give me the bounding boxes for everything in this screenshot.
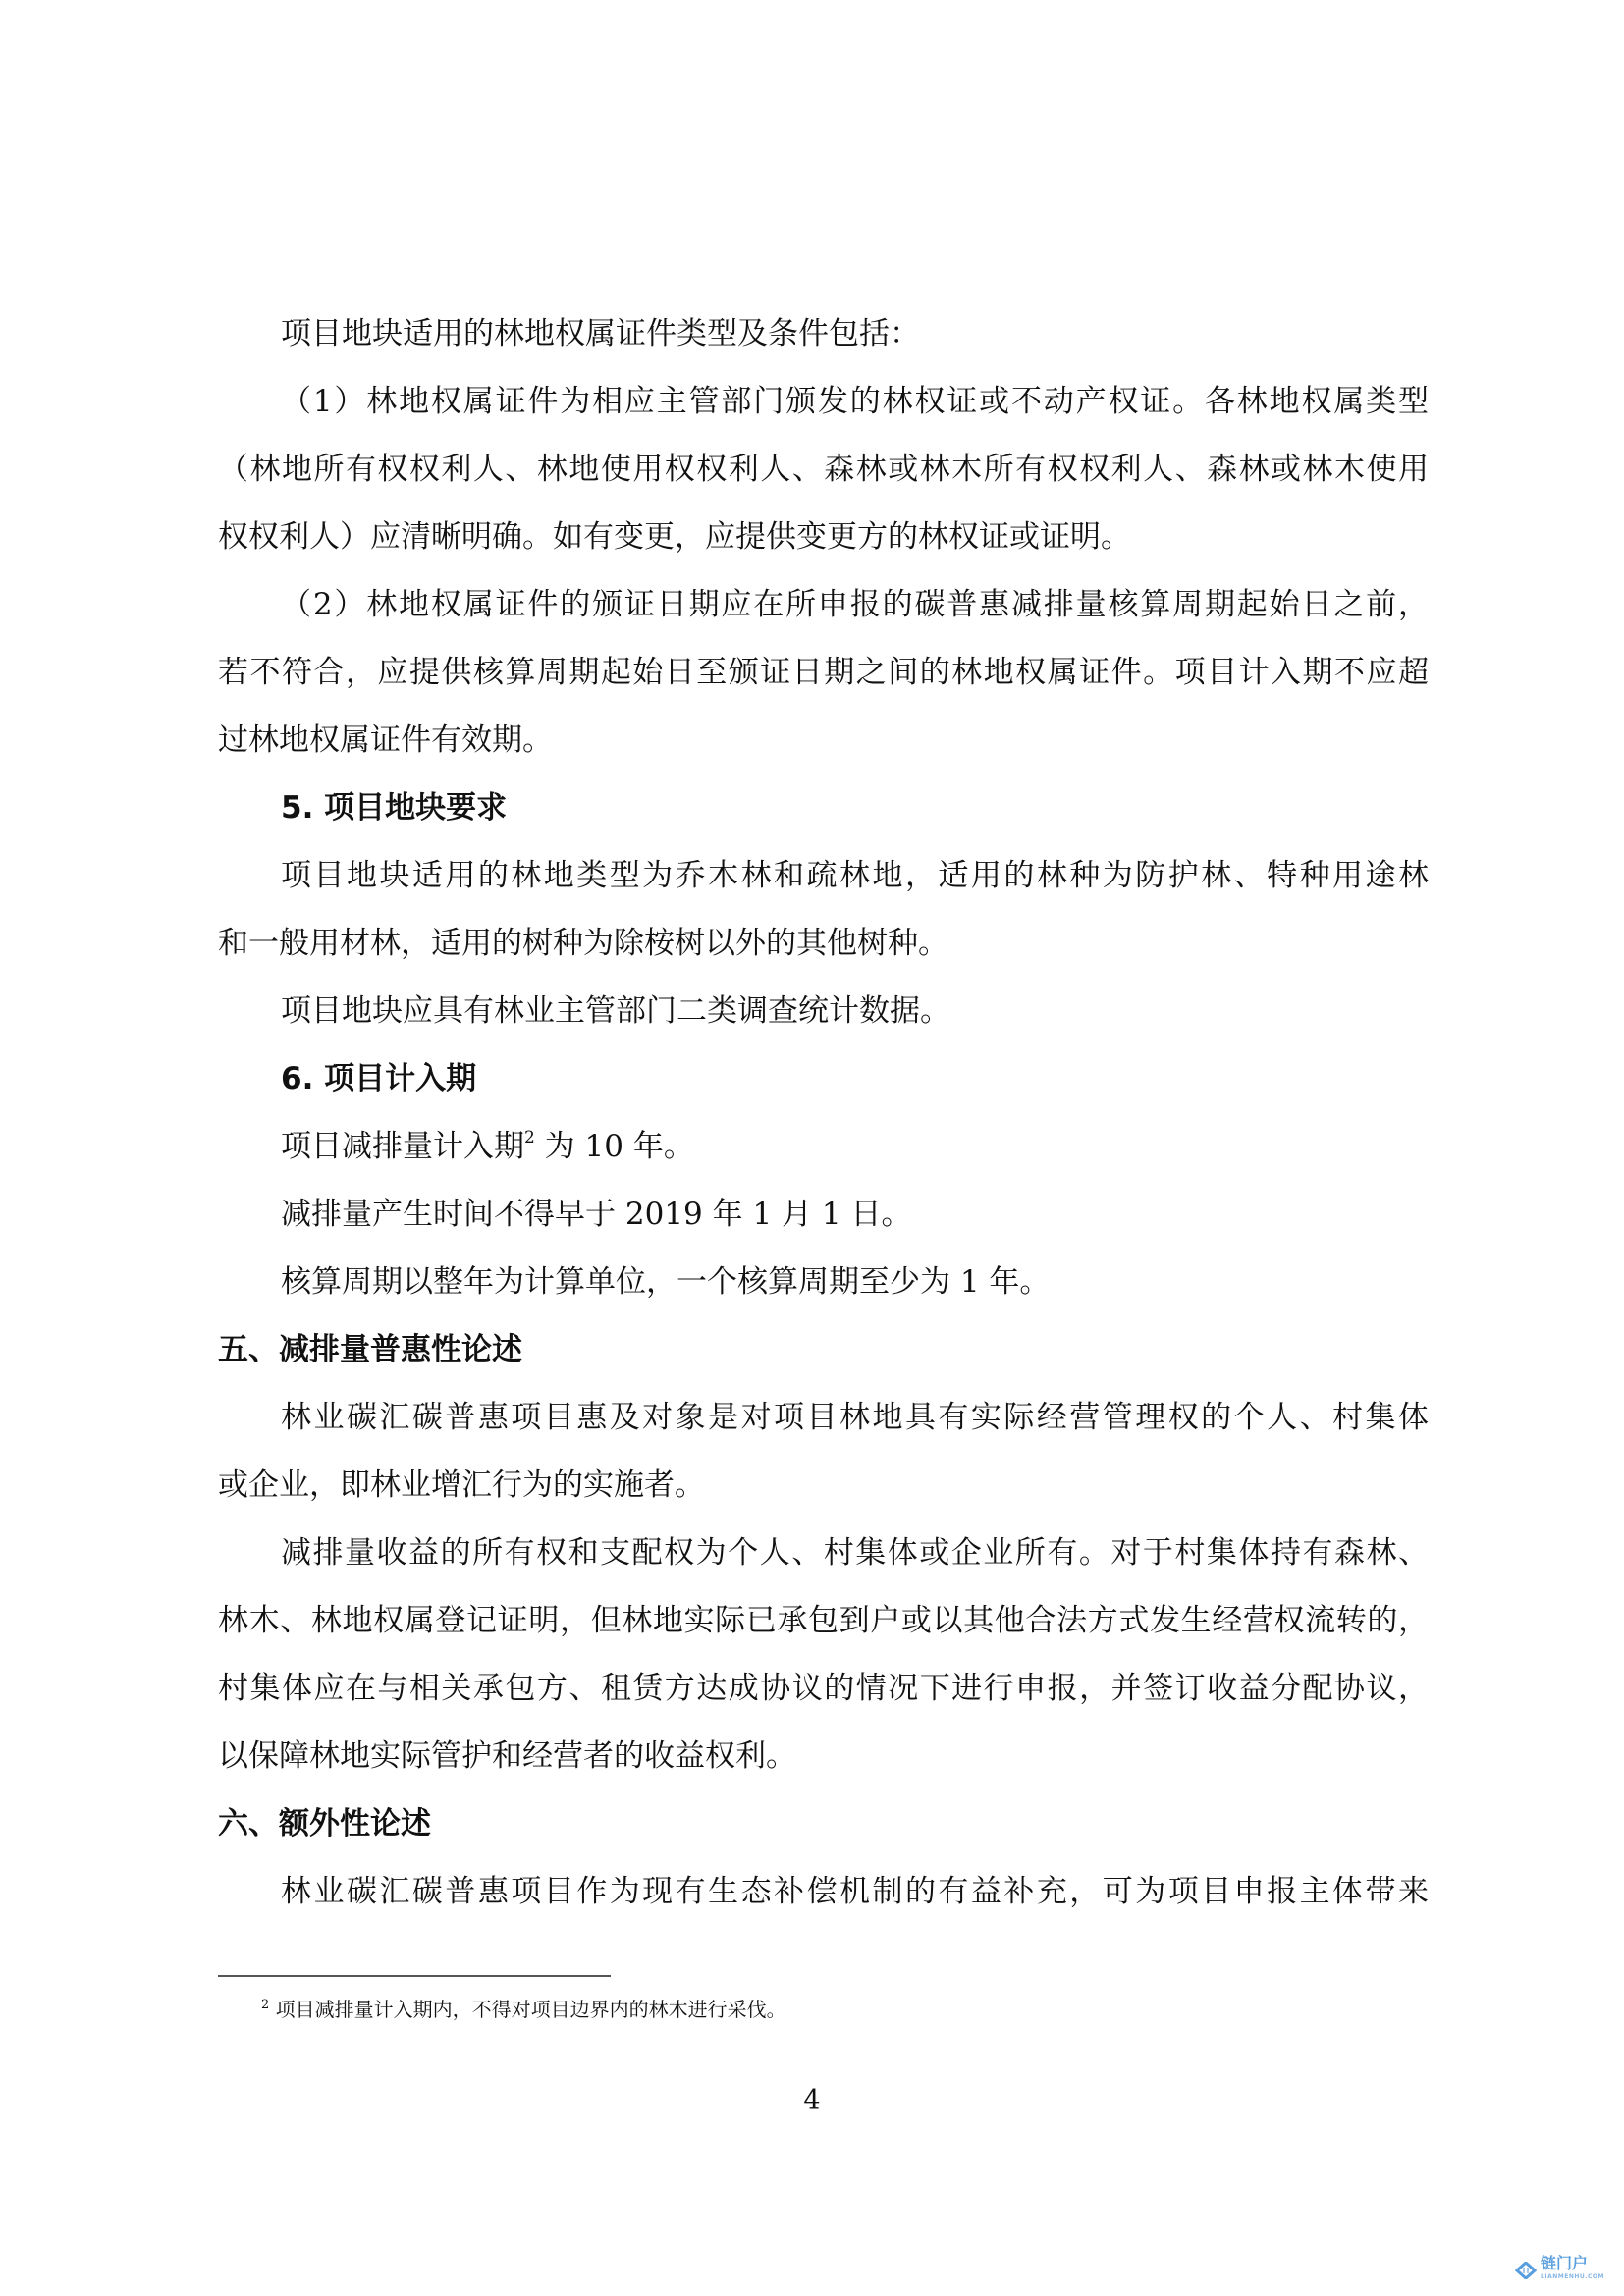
paragraph-line: 村集体应在与相关承包方、租赁方达成协议的情况下进行申报，并签订收益分配协议， xyxy=(218,1669,1429,1708)
footnote-separator xyxy=(218,1975,611,1977)
paragraph-line: 若不符合，应提供核算周期起始日至颁证日期之间的林地权属证件。项目计入期不应超 xyxy=(218,653,1429,692)
watermark-logo: 链门户LIANMENHU.COM xyxy=(1515,2257,1604,2284)
text-span: 项目减排量计入期 xyxy=(281,1129,524,1164)
paragraph-line: 项目地块适用的林地权属证件类型及条件包括： xyxy=(281,314,1429,353)
footnote-mark: 2 xyxy=(261,1998,269,2012)
paragraph-line: （林地所有权权利人、林地使用权权利人、森林或林木所有权权利人、森林或林木使用 xyxy=(218,450,1429,489)
paragraph-line: 林业碳汇碳普惠项目惠及对象是对项目林地具有实际经营管理权的个人、村集体 xyxy=(281,1398,1429,1437)
footnote-ref-2[interactable]: 2 xyxy=(524,1128,535,1148)
paragraph-line-crediting-period: 项目减排量计入期2 为 10 年。 xyxy=(281,1127,1429,1166)
paragraph-line: 核算周期以整年为计算单位，一个核算周期至少为 1 年。 xyxy=(281,1262,1429,1302)
paragraph-line: 减排量收益的所有权和支配权为个人、村集体或企业所有。对于村集体持有森林、 xyxy=(281,1533,1429,1573)
paragraph-line: 过林地权属证件有效期。 xyxy=(218,721,1429,760)
paragraph-line: 或企业，即林业增汇行为的实施者。 xyxy=(218,1466,1429,1505)
footnote-text: 项目减排量计入期内，不得对项目边界内的林木进行采伐。 xyxy=(276,1998,786,2021)
paragraph-line: （2）林地权属证件的颁证日期应在所申报的碳普惠减排量核算周期起始日之前， xyxy=(281,585,1429,624)
paragraph-line: 项目地块适用的林地类型为乔木林和疏林地，适用的林种为防护林、特种用途林 xyxy=(281,856,1429,895)
paragraph-line: 以保障林地实际管护和经营者的收益权利。 xyxy=(218,1736,1429,1776)
paragraph-line: 项目地块应具有林业主管部门二类调查统计数据。 xyxy=(281,991,1429,1031)
paragraph-line: 和一般用材林，适用的树种为除桉树以外的其他树种。 xyxy=(218,924,1429,963)
section-heading: 5. 项目地块要求 xyxy=(281,788,1429,828)
section-heading: 六、额外性论述 xyxy=(218,1804,1429,1843)
paragraph-line: 林业碳汇碳普惠项目作为现有生态补偿机制的有益补充，可为项目申报主体带来 xyxy=(281,1872,1429,1911)
diamond-logo-icon xyxy=(1515,2262,1537,2279)
section-heading: 6. 项目计入期 xyxy=(281,1059,1429,1098)
paragraph-line: 权权利人）应清晰明确。如有变更，应提供变更方的林权证或证明。 xyxy=(218,517,1429,557)
footnote-2: 2 项目减排量计入期内，不得对项目边界内的林木进行采伐。 xyxy=(261,1995,786,2024)
page-number: 4 xyxy=(0,2085,1624,2115)
section-heading: 五、减排量普惠性论述 xyxy=(218,1330,1429,1369)
paragraph-line: 减排量产生时间不得早于 2019 年 1 月 1 日。 xyxy=(281,1195,1429,1234)
watermark-text: 链门户LIANMENHU.COM xyxy=(1541,2257,1604,2284)
paragraph-line: 林木、林地权属登记证明，但林地实际已承包到户或以其他合法方式发生经营权流转的， xyxy=(218,1601,1429,1640)
paragraph-line: （1）林地权属证件为相应主管部门颁发的林权证或不动产权证。各林地权属类型 xyxy=(281,382,1429,421)
text-span: 为 10 年。 xyxy=(535,1129,694,1164)
watermark-domain: LIANMENHU.COM xyxy=(1541,2270,1604,2284)
